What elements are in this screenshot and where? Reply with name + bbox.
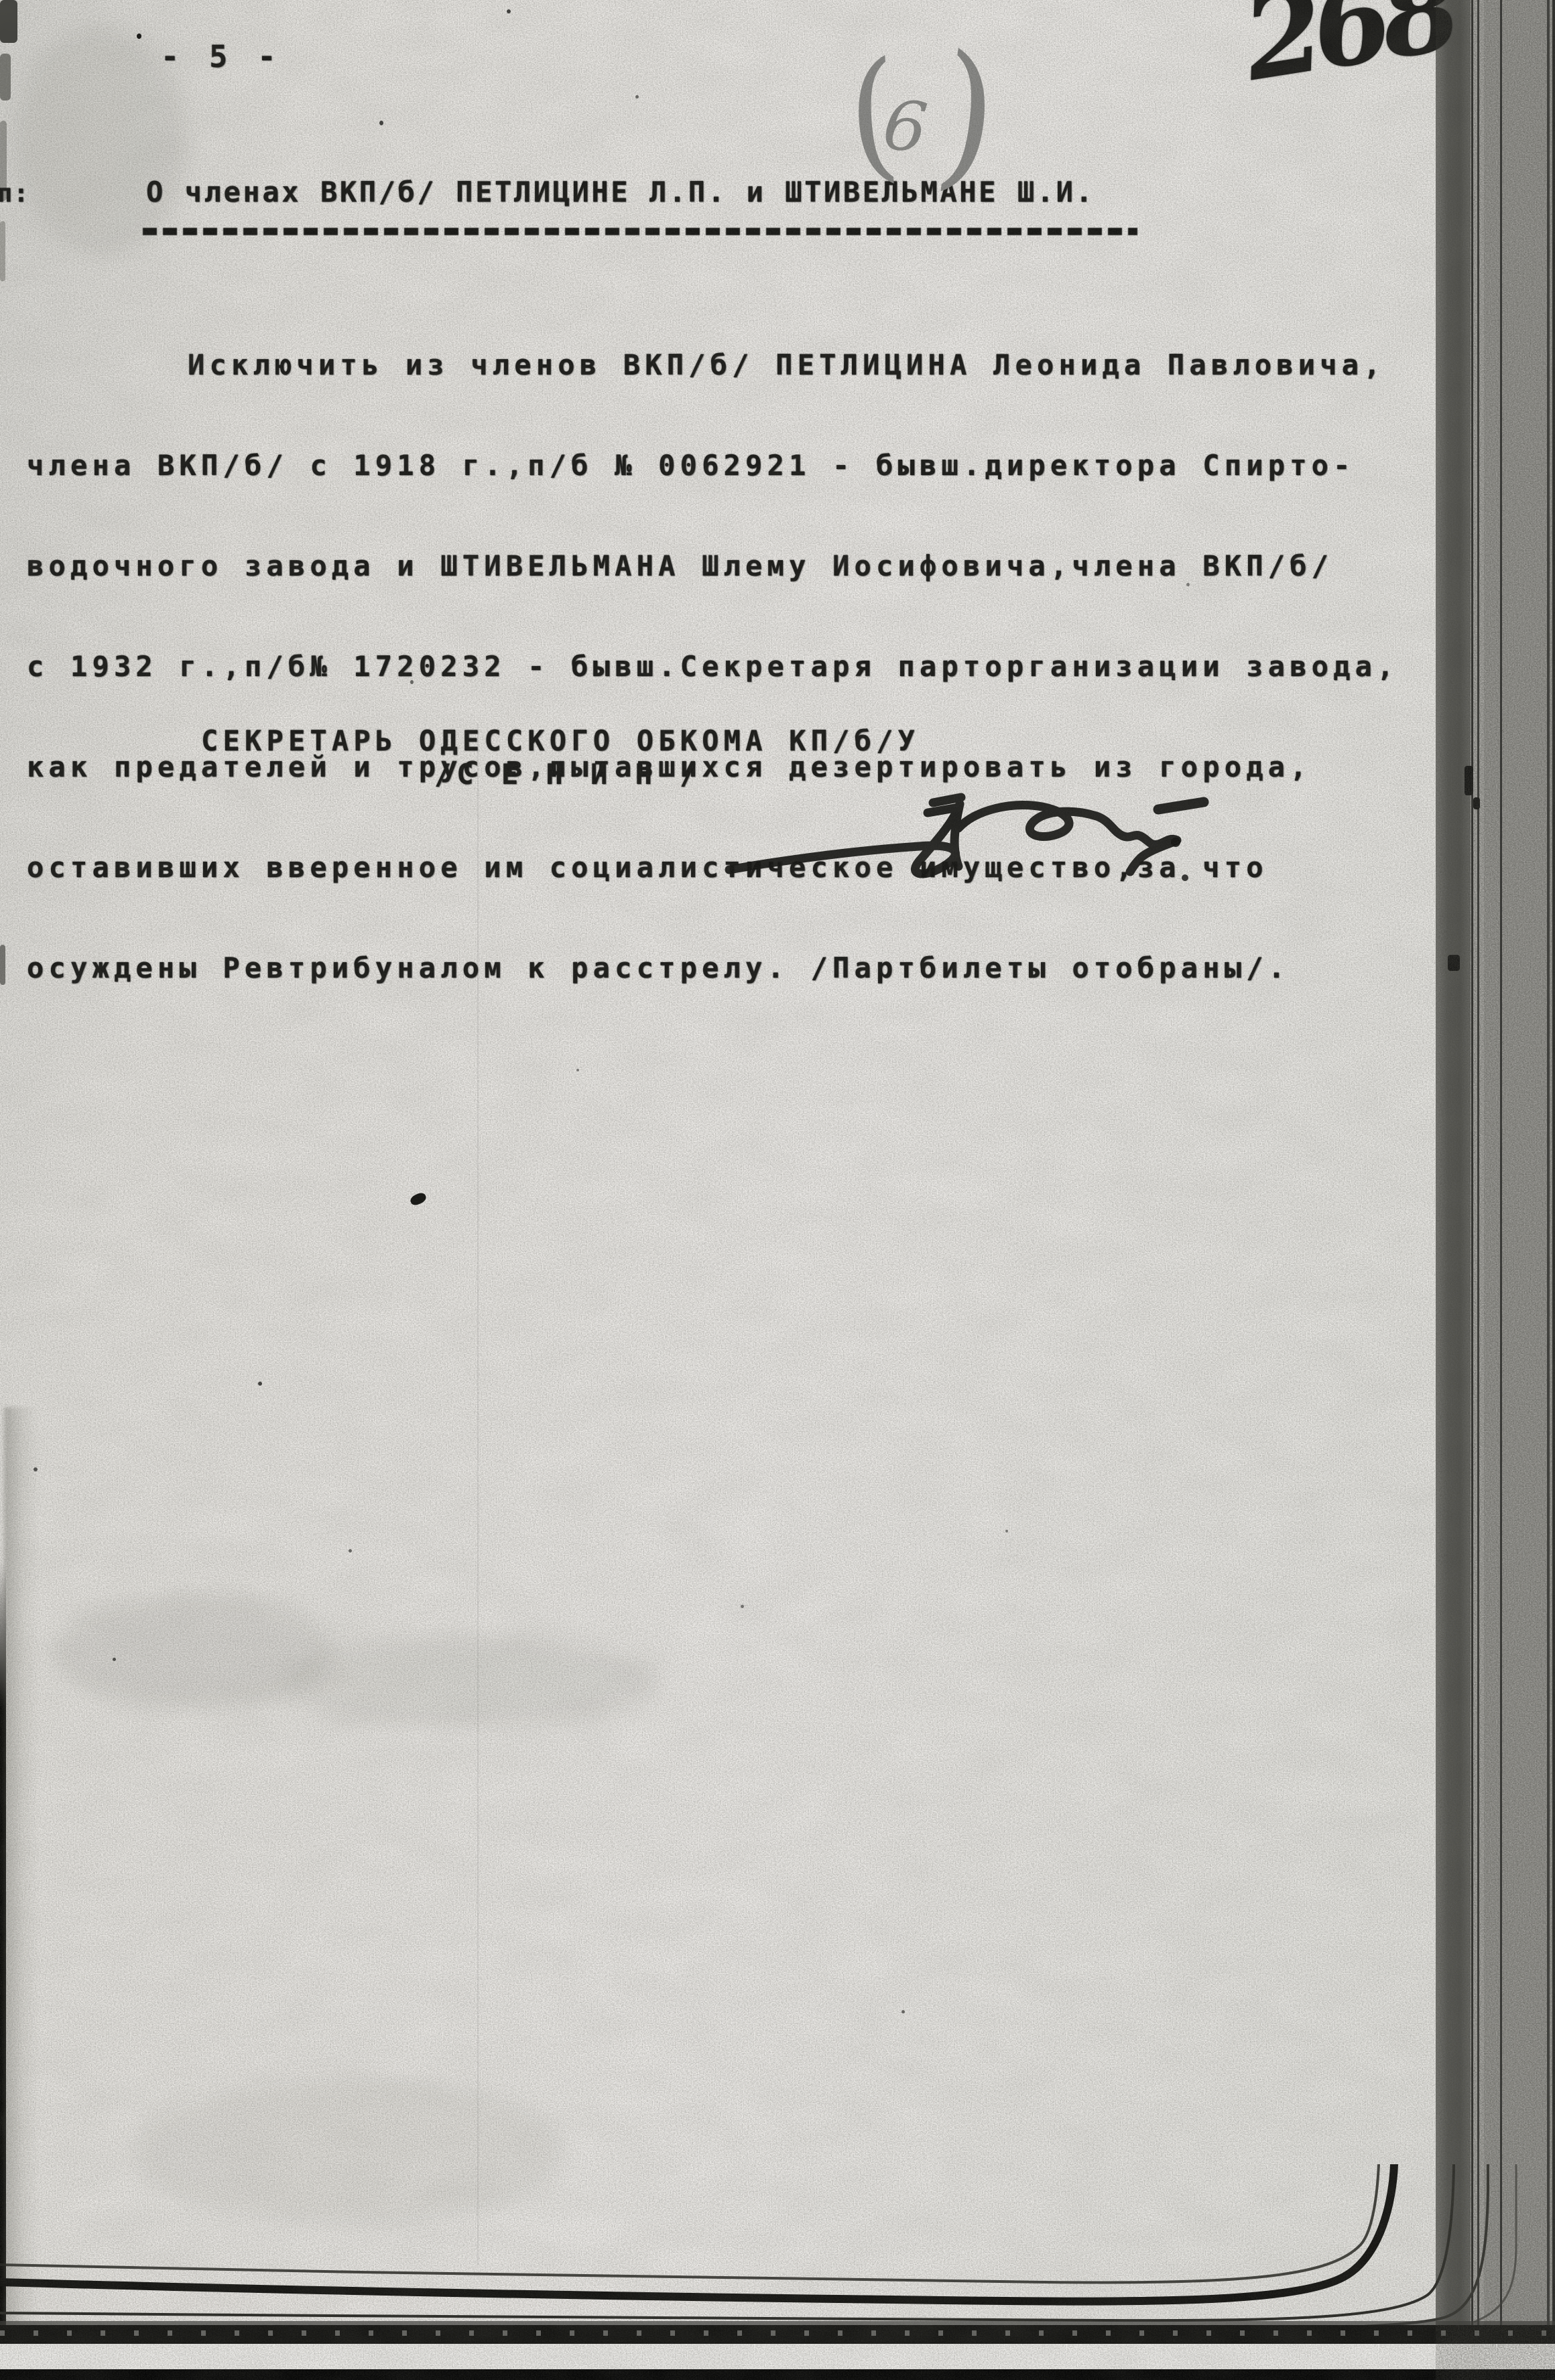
margin-marker: п: — [0, 177, 30, 210]
heading-dashed-underline — [143, 228, 1137, 235]
binding-ink-blot — [1465, 766, 1473, 795]
ink-speck — [113, 1658, 116, 1661]
ink-speck — [349, 1549, 352, 1552]
binding-gray-band — [1484, 0, 1555, 2380]
ink-speck — [576, 1069, 579, 1071]
page-stack-edge-line — [1477, 0, 1479, 2380]
handwritten-folio-number: 268 — [1235, 0, 1460, 107]
binding-ink-blot — [1448, 955, 1460, 971]
ink-speck — [410, 680, 414, 684]
scan-edge-blotch — [0, 221, 5, 281]
ink-speck — [34, 1467, 38, 1471]
paper-smudge — [282, 1635, 657, 1729]
binding-ink-blot — [1473, 797, 1480, 809]
body-line: Исключить из членов ВКП/б/ ПЕТЛИЦИНА Лео… — [27, 348, 1399, 382]
scanned-document-page: - 5 - п: О членах ВКП/б/ ПЕТЛИЦИНЕ Л.П. … — [0, 0, 1555, 2380]
scan-edge-blotch — [0, 0, 17, 43]
page-stack-edge-line — [1547, 0, 1550, 2380]
body-line: с 1932 г.,п/б№ 1720232 - бывш.Секретаря … — [27, 650, 1399, 683]
body-line: водочного завода и ШТИВЕЛЬМАНА Шлему Иос… — [27, 549, 1399, 583]
ink-speck — [137, 34, 141, 39]
ink-speck — [741, 1605, 744, 1608]
ink-speck — [1005, 1530, 1008, 1532]
page-stack-edge-line — [1500, 0, 1502, 2380]
ink-speck — [901, 2010, 905, 2013]
bottom-page-edges — [0, 2164, 1555, 2380]
page-stack-edge-line — [1552, 0, 1555, 2380]
ink-speck — [1186, 583, 1190, 586]
page-edge-shadow-band — [1436, 0, 1471, 2380]
scan-edge-blotch — [0, 54, 11, 101]
ink-speck — [258, 1382, 262, 1386]
secretary-name-line: /С Е Н И Н / — [434, 758, 702, 791]
scan-edge-blotch — [0, 945, 5, 985]
page-stack-edge-line — [1471, 0, 1473, 2380]
ink-speck — [635, 95, 639, 98]
signature-scrawl — [697, 742, 1220, 910]
page-number: - 5 - — [161, 40, 282, 74]
body-line: осуждены Ревтрибуналом к расстрелу. /Пар… — [27, 951, 1399, 985]
ink-speck — [507, 9, 511, 13]
ink-speck — [409, 1191, 428, 1207]
pencil-annotation-digit: 6 — [879, 85, 931, 169]
ink-speck — [379, 121, 383, 125]
resolution-paragraph: Исключить из членов ВКП/б/ ПЕТЛИЦИНА Лео… — [27, 281, 1399, 1052]
body-line: члена ВКП/б/ с 1918 г.,п/б № 0062921 - б… — [27, 449, 1399, 482]
